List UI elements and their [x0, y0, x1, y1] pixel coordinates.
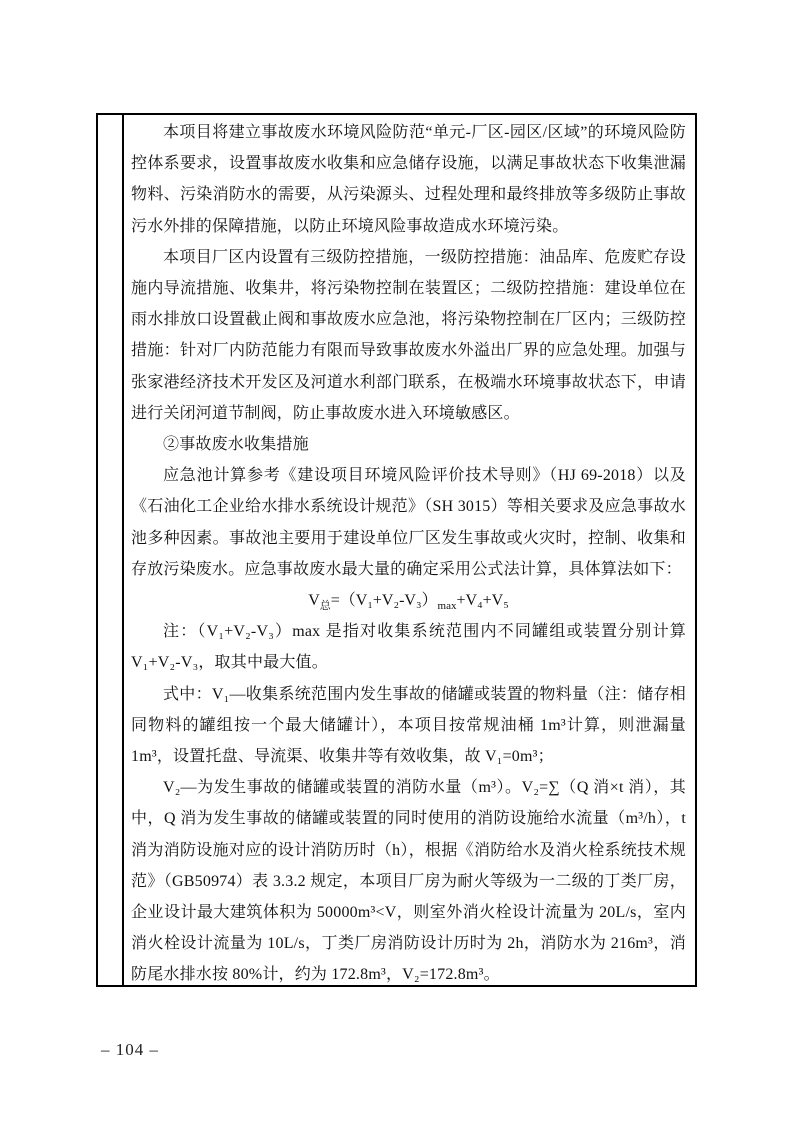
paragraph-v1-definition: 式中：V₁—收集系统范围内发生事故的储罐或装置的物料量（注：储存相同物料的罐组按… [131, 679, 686, 773]
formula-tail: +V₄+V₅ [456, 592, 508, 609]
formula-max-subscript: max [438, 600, 457, 612]
formula-body: =（V₁+V₂-V₃） [331, 592, 438, 609]
table-content-cell: 本项目将建立事故废水环境风险防范“单元-厂区-园区/区域”的环境风险防控体系要求… [124, 115, 695, 985]
page-number: – 104 – [101, 1038, 159, 1062]
formula-v-subscript: 总 [320, 600, 331, 612]
formula-v-symbol: V [308, 592, 320, 609]
report-table: 本项目将建立事故废水环境风险防范“单元-厂区-园区/区域”的环境风险防控体系要求… [96, 113, 697, 987]
paragraph-emergency-pool-calculation: 应急池计算参考《建设项目环境风险评价技术导则》（HJ 69-2018）以及《石油… [131, 460, 686, 585]
paragraph-risk-prevention-system: 本项目将建立事故废水环境风险防范“单元-厂区-园区/区域”的环境风险防控体系要求… [131, 117, 686, 242]
paragraph-v2-definition: V₂—为发生事故的储罐或装置的消防水量（m³）。V₂=∑（Q 消×t 消），其中… [131, 772, 686, 985]
section-heading-wastewater-collection: ②事故废水收集措施 [131, 429, 686, 460]
formula-total-volume: V总=（V₁+V₂-V₃）max+V₄+V₅ [131, 585, 686, 616]
table-stub-column [98, 115, 124, 985]
paragraph-three-level-control: 本项目厂区内设置有三级防控措施，一级防控措施：油品库、危废贮存设施内导流措施、收… [131, 242, 686, 429]
paragraph-formula-note: 注：（V₁+V₂-V₃）max 是指对收集系统范围内不同罐组或装置分别计算V₁+… [131, 616, 686, 678]
document-page: 本项目将建立事故废水环境风险防范“单元-厂区-园区/区域”的环境风险防控体系要求… [0, 0, 793, 1122]
